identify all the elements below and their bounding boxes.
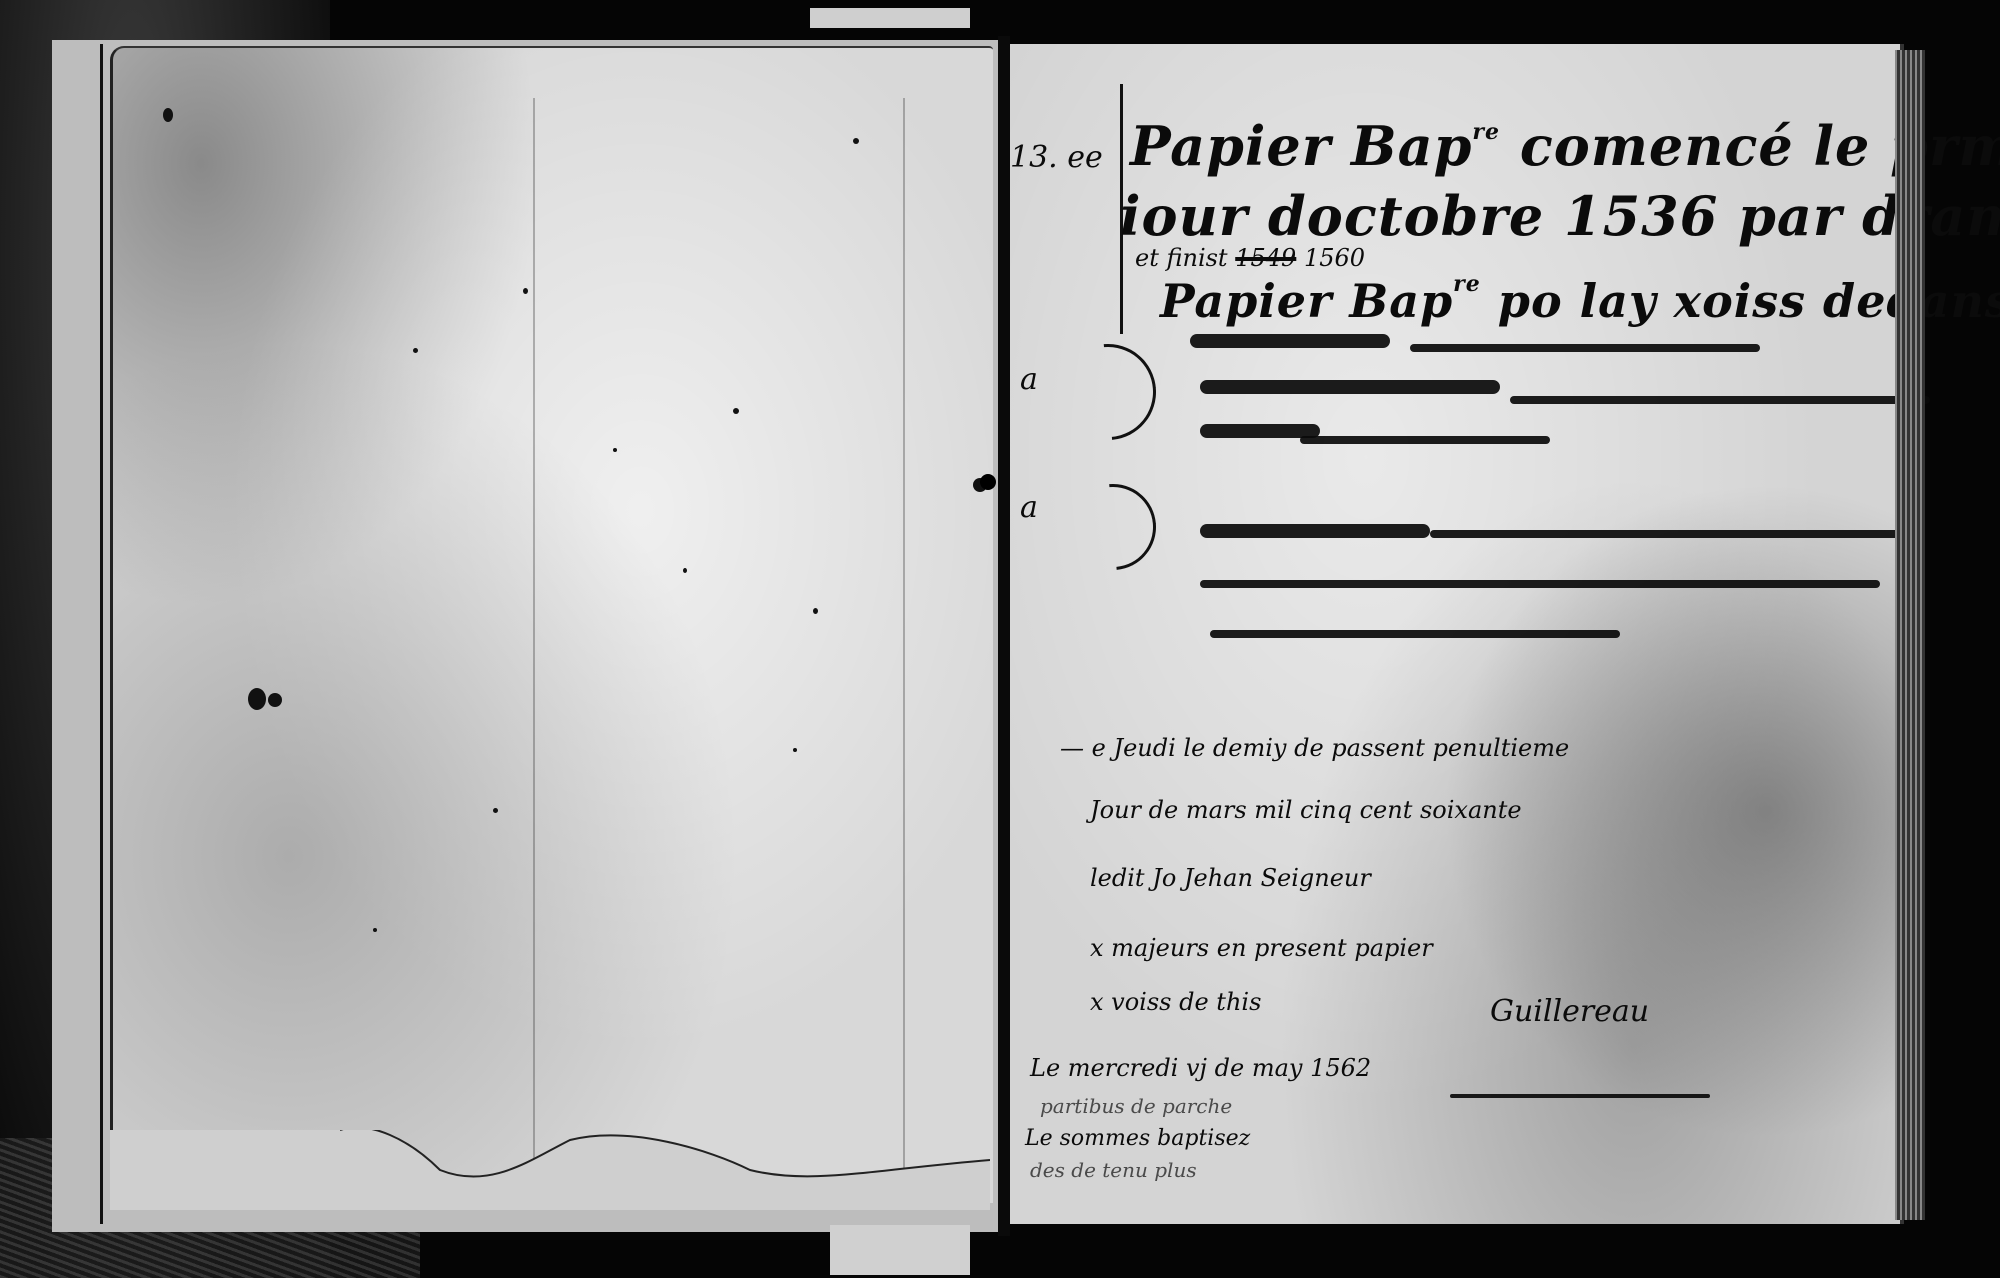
body-line-5: x voiss de this bbox=[1090, 988, 1261, 1016]
signature-underline bbox=[1450, 1094, 1710, 1098]
top-tab bbox=[810, 8, 970, 28]
stain bbox=[793, 748, 797, 752]
paraph-flourish bbox=[1040, 324, 1175, 459]
stain bbox=[373, 928, 377, 932]
heading-line-1: Papier Bapre comencé le prmier bbox=[1130, 114, 2000, 178]
body-line-2: Jour de mars mil cinq cent soixante bbox=[1090, 796, 1522, 824]
strike-line bbox=[1200, 524, 1430, 538]
strike-line bbox=[1200, 380, 1500, 394]
stain bbox=[813, 608, 818, 614]
footer-line-2: partibus de parche bbox=[1040, 1094, 1232, 1118]
stain bbox=[683, 568, 687, 573]
stain bbox=[733, 408, 739, 414]
margin-mark-a: a bbox=[1020, 490, 1038, 525]
stain bbox=[613, 448, 617, 452]
footer-line-3: Le sommes baptisez bbox=[1025, 1126, 1250, 1151]
right-page: 13. ee Papier Bapre comencé le prmier io… bbox=[1010, 44, 1904, 1224]
hole bbox=[980, 474, 996, 490]
body-line-1: — e Jeudi le demiy de passent penultieme bbox=[1060, 734, 1569, 762]
strike-line bbox=[1190, 334, 1390, 348]
footer-line-1: Le mercredi vj de may 1562 bbox=[1030, 1054, 1371, 1082]
heading-line-4: Papier Bapre po lay xoiss dedans bbox=[1160, 274, 2000, 328]
stain bbox=[163, 108, 173, 122]
stain bbox=[413, 348, 418, 353]
stain bbox=[248, 688, 266, 710]
strike-line bbox=[1430, 530, 1900, 538]
strike-line bbox=[1510, 396, 1930, 404]
stain bbox=[268, 693, 282, 707]
fold-line bbox=[533, 98, 535, 1198]
left-page bbox=[110, 46, 993, 1203]
stain bbox=[493, 808, 498, 813]
heading-line-2: iour doctobre 1536 par dram bbox=[1120, 184, 2000, 248]
stain bbox=[523, 288, 528, 294]
body-line-4: x majeurs en present papier bbox=[1090, 934, 1433, 962]
fold-line bbox=[903, 98, 905, 1198]
strike-line bbox=[1200, 580, 1880, 588]
board-edge-line bbox=[100, 44, 103, 1224]
stain bbox=[853, 138, 859, 144]
strike-line bbox=[1210, 630, 1620, 638]
strike-line bbox=[1300, 436, 1550, 444]
margin-reference: 13. ee bbox=[1010, 140, 1103, 175]
heading-line-3: et finist 1549 1560 bbox=[1135, 244, 1365, 272]
bottom-tab bbox=[830, 1225, 970, 1275]
signature: Guillereau bbox=[1490, 994, 1649, 1029]
body-line-3: ledit Jo Jehan Seigneur bbox=[1090, 864, 1371, 892]
paraph-flourish bbox=[1052, 466, 1173, 587]
margin-mark-a: a bbox=[1020, 362, 1038, 397]
spine-gutter bbox=[998, 36, 1010, 1236]
page-edges bbox=[1895, 50, 1925, 1220]
footer-line-4: des de tenu plus bbox=[1030, 1158, 1197, 1182]
torn-bottom-edge bbox=[110, 1130, 990, 1210]
strike-line bbox=[1410, 344, 1760, 352]
